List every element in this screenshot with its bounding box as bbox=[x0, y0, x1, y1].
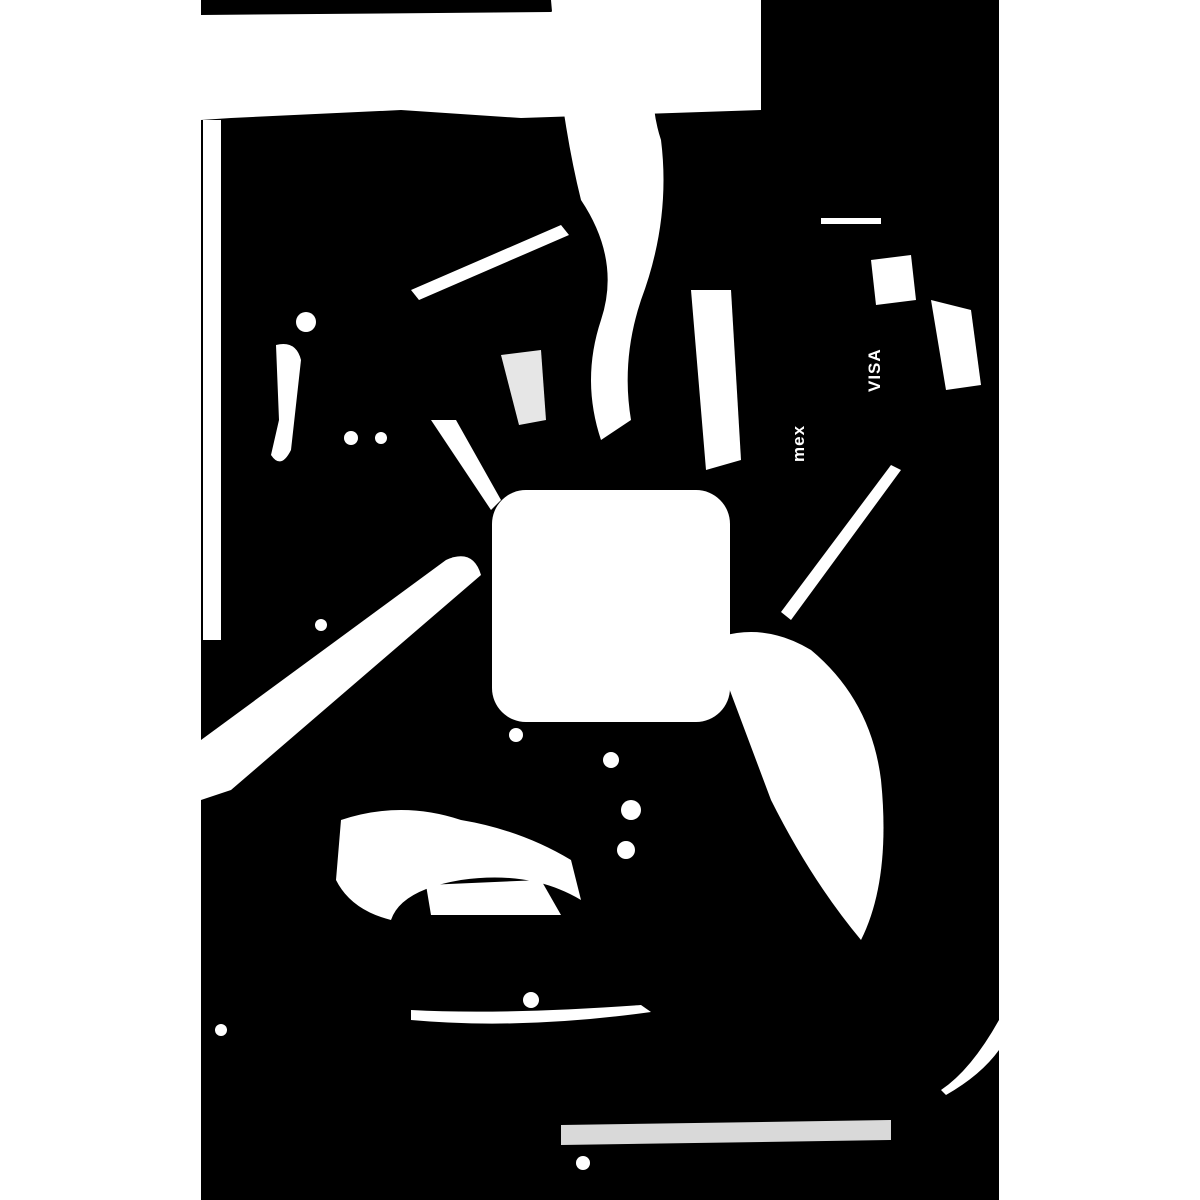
center-placeholder-square bbox=[492, 490, 730, 722]
visa-logo-text: VISA bbox=[865, 348, 885, 392]
amex-logo-text: mex bbox=[789, 425, 809, 462]
